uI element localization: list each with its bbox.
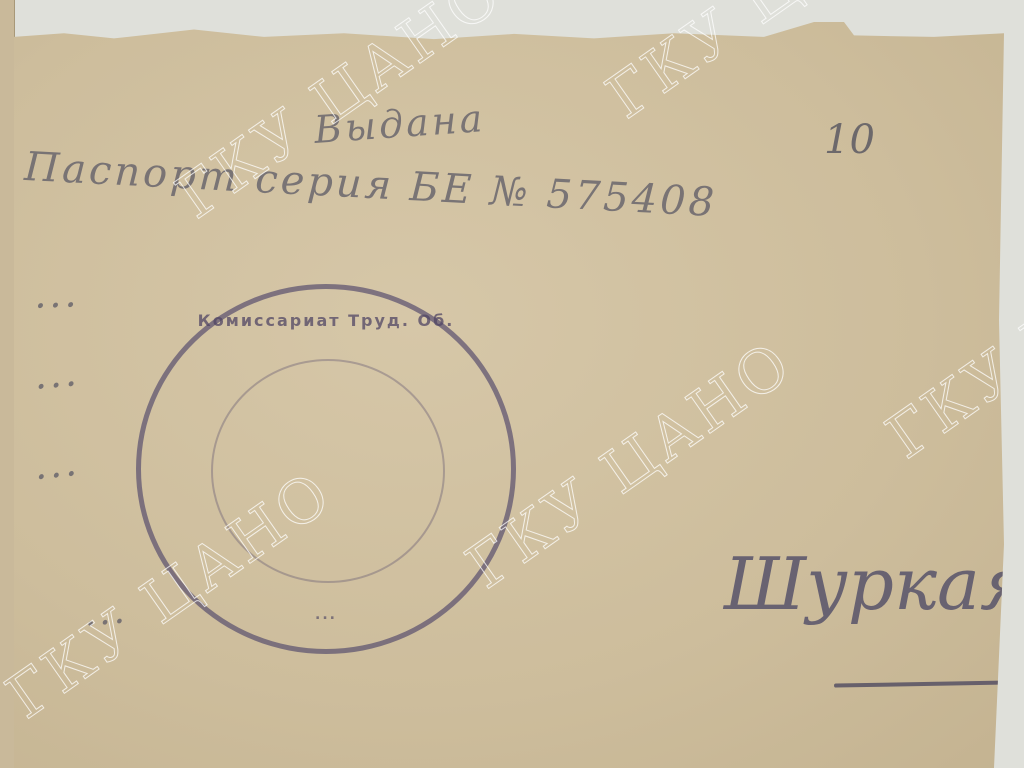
signature-underline	[834, 680, 1014, 687]
binding-edge	[0, 0, 15, 768]
signature: Шуркая	[724, 542, 1024, 626]
stamp-top-text: Комиссариат Труд. Об.	[141, 311, 511, 330]
number-mark: 10	[824, 117, 875, 163]
handwriting-line: Паспорт серия БЕ № 575408	[23, 144, 718, 226]
handwriting-line: ...	[32, 350, 81, 398]
handwriting-line: ...	[33, 271, 80, 317]
document-paper: Выдана Паспорт серия БЕ № 575408 ... ...…	[14, 22, 1014, 768]
handwriting-line: ...	[32, 440, 82, 488]
